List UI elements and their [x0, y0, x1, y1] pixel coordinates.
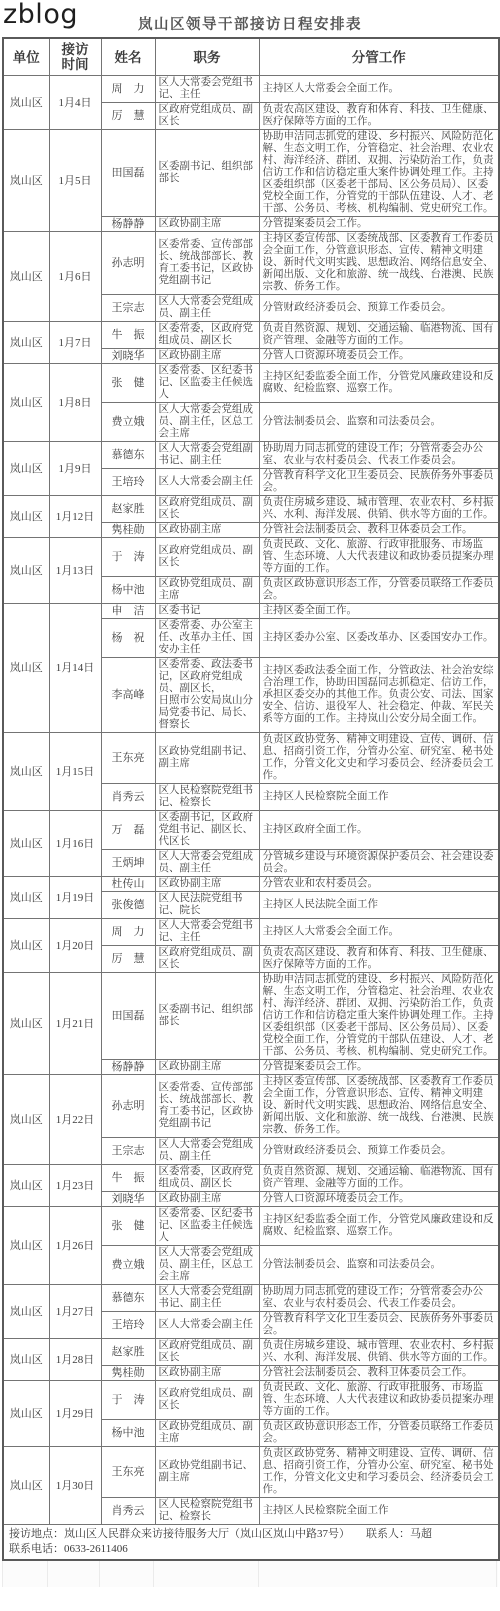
name-cell: 费立娥 — [101, 1246, 155, 1285]
date-cell: 1月8日 — [49, 364, 101, 442]
name-cell: 牛 振 — [101, 1165, 155, 1192]
name-cell: 厉 慧 — [101, 103, 155, 130]
position-cell: 区政协副主席 — [155, 877, 259, 892]
date-cell: 1月30日 — [49, 1447, 101, 1525]
unit-cell: 岚山区 — [3, 322, 49, 364]
schedule-row: 岚山区1月13日于 涛区政府党组成员、副区长负责民政、文化、旅游、行政审批服务、… — [3, 538, 499, 577]
date-cell: 1月12日 — [49, 496, 101, 538]
name-cell: 王培玲 — [101, 1312, 155, 1339]
unit-cell: 岚山区 — [3, 232, 49, 322]
unit-cell: 岚山区 — [3, 538, 49, 604]
name-cell: 申 洁 — [101, 604, 155, 619]
date-cell: 1月13日 — [49, 538, 101, 604]
position-cell: 区委常委，区政府党组成员、副区长 — [155, 322, 259, 349]
work-cell: 分管农业和农村委员会。 — [259, 877, 499, 892]
position-cell: 区委副书记，区政府党组书记、副区长、代区长 — [155, 811, 259, 850]
work-cell: 负责区政协党务、精神文明建设、宣传、调研、信息、招商引资工作，分管办公室、研究室… — [259, 1447, 499, 1498]
date-cell: 1月19日 — [49, 877, 101, 919]
name-cell: 李高峰 — [101, 658, 155, 733]
name-cell: 杨静静 — [101, 217, 155, 232]
date-cell: 1月5日 — [49, 130, 101, 232]
name-cell: 厉 慧 — [101, 946, 155, 973]
schedule-row: 岚山区1月26日张 健区委常委、区纪委书记、区监委主任候选人主持区纪委监委全面工… — [3, 1207, 499, 1246]
position-cell: 区委常委、政法委书记，区政府党组成员、副区长， 日照市公安局岚山分局党委书记、局… — [155, 658, 259, 733]
name-cell: 张 健 — [101, 1207, 155, 1246]
schedule-row: 岚山区1月4日周 力区人大常委会党组书记、主任主持区人大常委会全面工作。 — [3, 76, 499, 103]
schedule-row: 岚山区1月14日申 洁区委书记主持区委全面工作。 — [3, 604, 499, 619]
name-cell: 慕德东 — [101, 1285, 155, 1312]
schedule-row: 岚山区1月19日杜传山区政协副主席分管农业和农村委员会。 — [3, 877, 499, 892]
unit-cell: 岚山区 — [3, 733, 49, 811]
date-cell: 1月7日 — [49, 322, 101, 364]
position-cell: 区政协副主席 — [155, 217, 259, 232]
position-cell: 区政协副主席 — [155, 349, 259, 364]
work-cell: 负责住房城乡建设、城市管理、农业农村、乡村振兴、水利、海洋发展、供销、供水等方面… — [259, 496, 499, 523]
work-cell: 协助申洁同志抓党的建设、乡村振兴、风险防范化解、生态文明工作，分管稳定、社会治理… — [259, 130, 499, 217]
position-cell: 区人大常委会党组书记、主任 — [155, 919, 259, 946]
work-cell: 分管提案委员会工作。 — [259, 217, 499, 232]
position-cell: 区委书记 — [155, 604, 259, 619]
position-cell: 区委常委、区纪委书记、区监委主任候选人 — [155, 1207, 259, 1246]
position-cell: 区人民检察院党组书记、检察长 — [155, 784, 259, 811]
work-cell: 负责农高区建设、教育和体育、科技、卫生健康、医疗保障等方面的工作。 — [259, 946, 499, 973]
position-cell: 区委常委、宣传部部长、统战部部长、教育工委书记，区政协党组副书记 — [155, 1075, 259, 1138]
name-cell: 赵家胜 — [101, 496, 155, 523]
name-cell: 刘晓华 — [101, 1192, 155, 1207]
work-cell: 负责区政协党务、精神文明建设、宣传、调研、信息、招商引资工作，分管办公室、研究室… — [259, 733, 499, 784]
unit-cell: 岚山区 — [3, 1381, 49, 1447]
work-cell: 主持区委宣传部、区委统战部、区委教育工作委员会全面工作，分管意识形态、宣传、精神… — [259, 232, 499, 295]
position-cell: 区人民检察院党组书记、检察长 — [155, 1498, 259, 1525]
date-cell: 1月20日 — [49, 919, 101, 973]
position-cell: 区人大常委会副主任 — [155, 1312, 259, 1339]
name-cell: 孙志明 — [101, 232, 155, 295]
name-cell: 杨 祝 — [101, 619, 155, 658]
name-cell: 刘晓华 — [101, 349, 155, 364]
date-cell: 1月21日 — [49, 973, 101, 1075]
work-cell: 协助周力同志抓党的建设工作；分管常委会办公室、农业与农村委员会、代表工作委员会。 — [259, 442, 499, 469]
work-cell: 负责区政协意识形态工作，分管委员联络工作委员会。 — [259, 1420, 499, 1447]
footer-cell: 接访地点：岚山区人民群众来访接待服务大厅（岚山区岚山中路37号）联系人：马超 联… — [3, 1525, 499, 1561]
date-cell: 1月6日 — [49, 232, 101, 322]
position-cell: 区委常委、区纪委书记、区监委主任候选人 — [155, 364, 259, 403]
name-cell: 王东亮 — [101, 1447, 155, 1498]
name-cell: 田国磊 — [101, 973, 155, 1060]
name-cell: 张俊德 — [101, 892, 155, 919]
work-cell: 分管人口资源环境委员会工作。 — [259, 349, 499, 364]
work-cell: 分管财政经济委员会、预算工作委员会。 — [259, 1138, 499, 1165]
date-cell: 1月26日 — [49, 1207, 101, 1285]
footer-location: 接访地点：岚山区人民群众来访接待服务大厅（岚山区岚山中路37号） — [9, 1528, 350, 1540]
position-cell: 区人大常委会党组成员、副主任，区总工会主席 — [155, 403, 259, 442]
work-cell: 分管法制委员会、监察和司法委员会。 — [259, 403, 499, 442]
site-logo[interactable]: zblog — [3, 0, 78, 30]
work-cell: 分管提案委员会工作。 — [259, 1060, 499, 1075]
work-cell: 分管人口资源环境委员会工作。 — [259, 1192, 499, 1207]
footer-row: 接访地点：岚山区人民群众来访接待服务大厅（岚山区岚山中路37号）联系人：马超 联… — [3, 1525, 499, 1561]
name-cell: 隽桂勋 — [101, 1366, 155, 1381]
name-cell: 王宗志 — [101, 295, 155, 322]
ghost-grid — [2, 1561, 498, 1587]
position-cell: 区人民法院党组书记、院长 — [155, 892, 259, 919]
work-cell: 负责区政协意识形态工作，分管委员联络工作委员会。 — [259, 577, 499, 604]
position-cell: 区人大常委会党组书记、主任 — [155, 76, 259, 103]
work-cell: 分管社会法制委员会、教科卫体委员会工作。 — [259, 523, 499, 538]
work-cell: 主持区人民法院全面工作 — [259, 892, 499, 919]
name-cell: 万 磊 — [101, 811, 155, 850]
name-cell: 肖秀云 — [101, 1498, 155, 1525]
schedule-row: 岚山区1月7日牛 振区委常委，区政府党组成员、副区长负责自然资源、规划、交通运输… — [3, 322, 499, 349]
name-cell: 周 力 — [101, 76, 155, 103]
date-cell: 1月22日 — [49, 1075, 101, 1165]
schedule-row: 岚山区1月16日万 磊区委副书记，区政府党组书记、副区长、代区长主持区政府全面工… — [3, 811, 499, 850]
position-cell: 区委副书记、组织部部长 — [155, 130, 259, 217]
work-cell: 分管教育科学文化卫生委员会、民族侨务外事委员会。 — [259, 469, 499, 496]
position-cell: 区政府党组成员、副区长 — [155, 496, 259, 523]
position-cell: 区委副书记、组织部部长 — [155, 973, 259, 1060]
name-cell: 慕德东 — [101, 442, 155, 469]
name-cell: 杜传山 — [101, 877, 155, 892]
unit-cell: 岚山区 — [3, 364, 49, 442]
unit-cell: 岚山区 — [3, 1207, 49, 1285]
name-cell: 费立娥 — [101, 403, 155, 442]
work-cell: 主持区人大常委会全面工作。 — [259, 76, 499, 103]
unit-cell: 岚山区 — [3, 973, 49, 1075]
date-cell: 1月16日 — [49, 811, 101, 877]
unit-cell: 岚山区 — [3, 1075, 49, 1165]
ghost-line — [2, 1561, 3, 1587]
date-cell: 1月28日 — [49, 1339, 101, 1381]
ghost-line — [99, 1561, 100, 1587]
ghost-line — [47, 1561, 48, 1587]
name-cell: 肖秀云 — [101, 784, 155, 811]
work-cell: 协助周力同志抓党的建设工作；分管常委会办公室、农业与农村委员会、代表工作委员会。 — [259, 1285, 499, 1312]
date-cell: 1月23日 — [49, 1165, 101, 1207]
unit-cell: 岚山区 — [3, 1339, 49, 1381]
work-cell: 负责自然资源、规划、交通运输、临港物流、国有资产管理、金融等方面的工作。 — [259, 322, 499, 349]
position-cell: 区政府党组成员、副区长 — [155, 1339, 259, 1366]
col-header-time: 接访 时间 — [49, 38, 101, 76]
name-cell: 于 涛 — [101, 538, 155, 577]
schedule-row: 岚山区1月28日赵家胜区政府党组成员、副区长负责住房城乡建设、城市管理、农业农村… — [3, 1339, 499, 1366]
col-header-unit: 单位 — [3, 38, 49, 76]
work-cell: 分管教育科学文化卫生委员会、民族侨务外事委员会。 — [259, 1312, 499, 1339]
page-header: zblog 岚山区领导干部接访日程安排表 — [0, 0, 500, 37]
schedule-row: 岚山区1月20日周 力区人大常委会党组书记、主任主持区人大常委会全面工作。 — [3, 919, 499, 946]
unit-cell: 岚山区 — [3, 604, 49, 733]
ghost-line — [496, 1561, 497, 1587]
name-cell: 杨中池 — [101, 1420, 155, 1447]
date-cell: 1月15日 — [49, 733, 101, 811]
footer-phone: 联系电话：0633-2611406 — [9, 1542, 493, 1557]
position-cell: 区委常委、宣传部部长、统战部部长、教育工委书记，区政协党组副书记 — [155, 232, 259, 295]
position-cell: 区政府党组成员、副区长 — [155, 1381, 259, 1420]
schedule-row: 岚山区1月22日孙志明区委常委、宣传部部长、统战部部长、教育工委书记，区政协党组… — [3, 1075, 499, 1138]
ghost-line — [258, 1561, 259, 1587]
date-cell: 1月29日 — [49, 1381, 101, 1447]
work-cell: 主持区政府全面工作。 — [259, 811, 499, 850]
position-cell: 区政府党组成员、副区长 — [155, 538, 259, 577]
position-cell: 区政协副主席 — [155, 1192, 259, 1207]
date-cell: 1月27日 — [49, 1285, 101, 1339]
schedule-row: 岚山区1月5日田国磊区委副书记、组织部部长协助申洁同志抓党的建设、乡村振兴、风险… — [3, 130, 499, 217]
position-cell: 区人大常委会党组成员、副主任，区总工会主席 — [155, 1246, 259, 1285]
position-cell: 区人大常委会党组副书记、副主任 — [155, 442, 259, 469]
position-cell: 区人大常委会党组成员、副主任 — [155, 1138, 259, 1165]
work-cell: 主持区人大常委会全面工作。 — [259, 919, 499, 946]
position-cell: 区政协副主席 — [155, 523, 259, 538]
work-cell: 主持区人民检察院全面工作 — [259, 784, 499, 811]
header-row: 单位 接访 时间 姓名 职务 分管工作 — [3, 38, 499, 76]
unit-cell: 岚山区 — [3, 1165, 49, 1207]
schedule-row: 岚山区1月30日王东亮区政协党组副书记、副主席负责区政协党务、精神文明建设、宣传… — [3, 1447, 499, 1498]
schedule-row: 岚山区1月27日慕德东区人大常委会党组副书记、副主任协助周力同志抓党的建设工作；… — [3, 1285, 499, 1312]
ghost-line — [153, 1561, 154, 1587]
work-cell: 负责民政、文化、旅游、行政审批服务、市场监管、生态环境、人大代表建议和政协委员提… — [259, 1381, 499, 1420]
name-cell: 王炳坤 — [101, 850, 155, 877]
name-cell: 隽桂勋 — [101, 523, 155, 538]
schedule-row: 岚山区1月9日慕德东区人大常委会党组副书记、副主任协助周力同志抓党的建设工作；分… — [3, 442, 499, 469]
position-cell: 区政府党组成员、副区长 — [155, 946, 259, 973]
unit-cell: 岚山区 — [3, 811, 49, 877]
work-cell: 负责住房城乡建设、城市管理、农业农村、乡村振兴、水利、海洋发展、供销、供水等方面… — [259, 1339, 499, 1366]
name-cell: 孙志明 — [101, 1075, 155, 1138]
footer-contact: 联系人：马超 — [366, 1528, 432, 1540]
col-header-name: 姓名 — [101, 38, 155, 76]
name-cell: 牛 振 — [101, 322, 155, 349]
unit-cell: 岚山区 — [3, 130, 49, 232]
work-cell: 主持区委办公室、区委改革办、区委国安办工作。 — [259, 619, 499, 658]
schedule-row: 岚山区1月15日王东亮区政协党组副书记、副主席负责区政协党务、精神文明建设、宣传… — [3, 733, 499, 784]
date-cell: 1月9日 — [49, 442, 101, 496]
col-header-position: 职务 — [155, 38, 259, 76]
unit-cell: 岚山区 — [3, 877, 49, 919]
work-cell: 主持区委全面工作。 — [259, 604, 499, 619]
schedule-body: 岚山区1月4日周 力区人大常委会党组书记、主任主持区人大常委会全面工作。厉 慧区… — [3, 76, 499, 1525]
name-cell: 杨中池 — [101, 577, 155, 604]
unit-cell: 岚山区 — [3, 442, 49, 496]
schedule-row: 岚山区1月6日孙志明区委常委、宣传部部长、统战部部长、教育工委书记，区政协党组副… — [3, 232, 499, 295]
position-cell: 区委常委，区政府党组成员、副区长 — [155, 1165, 259, 1192]
position-cell: 区人大常委会党组副书记、副主任 — [155, 1285, 259, 1312]
position-cell: 区政协党组成员、副主席 — [155, 1420, 259, 1447]
position-cell: 区人大常委会副主任 — [155, 469, 259, 496]
position-cell: 区政协副主席 — [155, 1366, 259, 1381]
position-cell: 区政协党组成员、副主席 — [155, 577, 259, 604]
unit-cell: 岚山区 — [3, 496, 49, 538]
work-cell: 主持区纪委监委全面工作，分管党风廉政建设和反腐败、纪检监察、巡察工作。 — [259, 1207, 499, 1246]
work-cell: 分管社会法制委员会、教科卫体委员会工作。 — [259, 1366, 499, 1381]
work-cell: 主持区纪委监委全面工作，分管党风廉政建设和反腐败、纪检监察、巡察工作。 — [259, 364, 499, 403]
position-cell: 区政协党组副书记、副主席 — [155, 733, 259, 784]
work-cell: 负责民政、文化、旅游、行政审批服务、市场监管、生态环境、人大代表建议和政协委员提… — [259, 538, 499, 577]
schedule-row: 岚山区1月12日赵家胜区政府党组成员、副区长负责住房城乡建设、城市管理、农业农村… — [3, 496, 499, 523]
position-cell: 区人大常委会党组成员、副主任 — [155, 295, 259, 322]
unit-cell: 岚山区 — [3, 1285, 49, 1339]
schedule-table: 单位 接访 时间 姓名 职务 分管工作 岚山区1月4日周 力区人大常委会党组书记… — [2, 37, 500, 1561]
work-cell: 负责自然资源、规划、交通运输、临港物流、国有资产管理、金融等方面的工作。 — [259, 1165, 499, 1192]
name-cell: 王培玲 — [101, 469, 155, 496]
schedule-row: 岚山区1月8日张 健区委常委、区纪委书记、区监委主任候选人主持区纪委监委全面工作… — [3, 364, 499, 403]
work-cell: 主持区人民检察院全面工作 — [259, 1498, 499, 1525]
name-cell: 于 涛 — [101, 1381, 155, 1420]
position-cell: 区委常委、办公室主任、改革办主任、国安办主任 — [155, 619, 259, 658]
name-cell: 张 健 — [101, 364, 155, 403]
name-cell: 赵家胜 — [101, 1339, 155, 1366]
schedule-row: 岚山区1月23日牛 振区委常委，区政府党组成员、副区长负责自然资源、规划、交通运… — [3, 1165, 499, 1192]
name-cell: 王东亮 — [101, 733, 155, 784]
work-cell: 协助申洁同志抓党的建设、乡村振兴、风险防范化解、生态文明工作，分管稳定、社会治理… — [259, 973, 499, 1060]
footer-line-location: 接访地点：岚山区人民群众来访接待服务大厅（岚山区岚山中路37号）联系人：马超 — [9, 1527, 493, 1542]
name-cell: 王宗志 — [101, 1138, 155, 1165]
date-cell: 1月14日 — [49, 604, 101, 733]
position-cell: 区人大常委会党组成员、副主任 — [155, 850, 259, 877]
col-header-work: 分管工作 — [259, 38, 499, 76]
date-cell: 1月4日 — [49, 76, 101, 130]
schedule-row: 岚山区1月21日田国磊区委副书记、组织部部长协助申洁同志抓党的建设、乡村振兴、风… — [3, 973, 499, 1060]
schedule-row: 岚山区1月29日于 涛区政府党组成员、副区长负责民政、文化、旅游、行政审批服务、… — [3, 1381, 499, 1420]
unit-cell: 岚山区 — [3, 76, 49, 130]
name-cell: 田国磊 — [101, 130, 155, 217]
work-cell: 分管财政经济委员会、预算工作委员会。 — [259, 295, 499, 322]
work-cell: 分管法制委员会、监察和司法委员会。 — [259, 1246, 499, 1285]
name-cell: 杨静静 — [101, 1060, 155, 1075]
work-cell: 主持区委宣传部、区委统战部、区委教育工作委员会全面工作，分管意识形态、宣传、精神… — [259, 1075, 499, 1138]
position-cell: 区政府党组成员、副区长 — [155, 103, 259, 130]
work-cell: 负责农高区建设、教育和体育、科技、卫生健康、医疗保障等方面的工作。 — [259, 103, 499, 130]
work-cell: 主持区委政法委全面工作，分管政法、社会治安综合治理工作，协助田国磊同志抓稳定、信… — [259, 658, 499, 733]
work-cell: 分管城乡建设与环境资源保护委员会、社会建设委员会。 — [259, 850, 499, 877]
position-cell: 区政协副主席 — [155, 1060, 259, 1075]
unit-cell: 岚山区 — [3, 919, 49, 973]
position-cell: 区政协党组副书记、副主席 — [155, 1447, 259, 1498]
unit-cell: 岚山区 — [3, 1447, 49, 1525]
name-cell: 周 力 — [101, 919, 155, 946]
